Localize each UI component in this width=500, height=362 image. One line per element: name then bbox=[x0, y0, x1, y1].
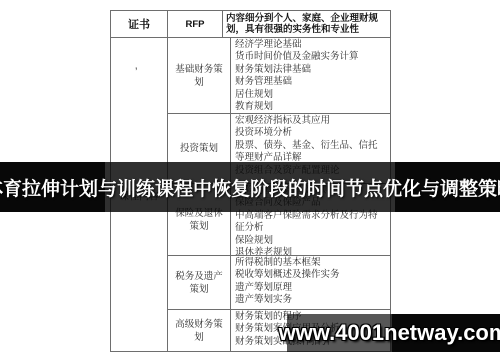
spam-overlay-title: 体育拉伸计划与训练课程中恢复阶段的时间节点优化与调整策略 bbox=[0, 174, 500, 201]
spam-overlay-band: 体育拉伸计划与训练课程中恢复阶段的时间节点优化与调整策略 bbox=[0, 162, 500, 212]
header-cell-certificate: 证书 bbox=[111, 11, 168, 37]
course-item: 宏观经济指标及其应用 bbox=[231, 115, 390, 127]
stray-mark: ’ bbox=[135, 66, 137, 78]
page: 证书 RFP 内容细分到个人、家庭、企业理财规划，具有很强的实务性和专业性 ’ … bbox=[0, 0, 500, 362]
module-name-cell: 高级财务策划 bbox=[168, 310, 231, 351]
module-items-cell: 经济学理论基础货币时间价值及金融实务计算财务策划法律基础财务管理基础居住规划教育… bbox=[231, 38, 390, 113]
course-item: 经济学理论基础 bbox=[231, 39, 390, 51]
header-cell-rfp: RFP bbox=[168, 11, 223, 37]
course-item: 居住规划 bbox=[231, 89, 390, 101]
course-section: 基础财务策划 经济学理论基础货币时间价值及金融实务计算财务策划法律基础财务管理基… bbox=[168, 38, 390, 114]
watermark-box: www.4001netway.com bbox=[287, 314, 500, 352]
module-items-cell: 所得税制的基本框架税收筹划概述及操作实务遗产筹划原理遗产筹划实务 bbox=[231, 256, 390, 309]
course-section: 税务及遗产策划 所得税制的基本框架税收筹划概述及操作实务遗产筹划原理遗产筹划实务 bbox=[168, 256, 390, 310]
course-item: 股票、债券、基金、衍生品、信托等理财产品详解 bbox=[231, 140, 390, 165]
module-name-cell: 基础财务策划 bbox=[168, 38, 231, 113]
course-item: 财务管理基础 bbox=[231, 76, 390, 88]
course-item: 财务策划法律基础 bbox=[231, 64, 390, 76]
course-item: 保险规划 bbox=[231, 235, 390, 247]
course-item: 货币时间价值及金融实务计算 bbox=[231, 51, 390, 63]
course-item: 税收筹划概述及操作实务 bbox=[231, 269, 390, 281]
course-item: 遗产筹划实务 bbox=[231, 294, 390, 306]
table-header-row: 证书 RFP 内容细分到个人、家庭、企业理财规划，具有很强的实务性和专业性 bbox=[111, 11, 390, 38]
watermark-url-text: www.4001netway.com bbox=[279, 320, 500, 346]
course-item: 投资环境分析 bbox=[231, 127, 390, 139]
module-name-cell: 税务及遗产策划 bbox=[168, 256, 231, 309]
course-item: 退休养老规划 bbox=[231, 247, 390, 255]
course-item: 教育规划 bbox=[231, 101, 390, 113]
course-item: 中高端客户保险需求分析及行为特征分析 bbox=[231, 210, 390, 235]
course-item: 所得税制的基本框架 bbox=[231, 257, 390, 269]
course-item: 遗产筹划原理 bbox=[231, 282, 390, 294]
header-cell-content-description: 内容细分到个人、家庭、企业理财规划，具有很强的实务性和专业性 bbox=[223, 11, 390, 37]
